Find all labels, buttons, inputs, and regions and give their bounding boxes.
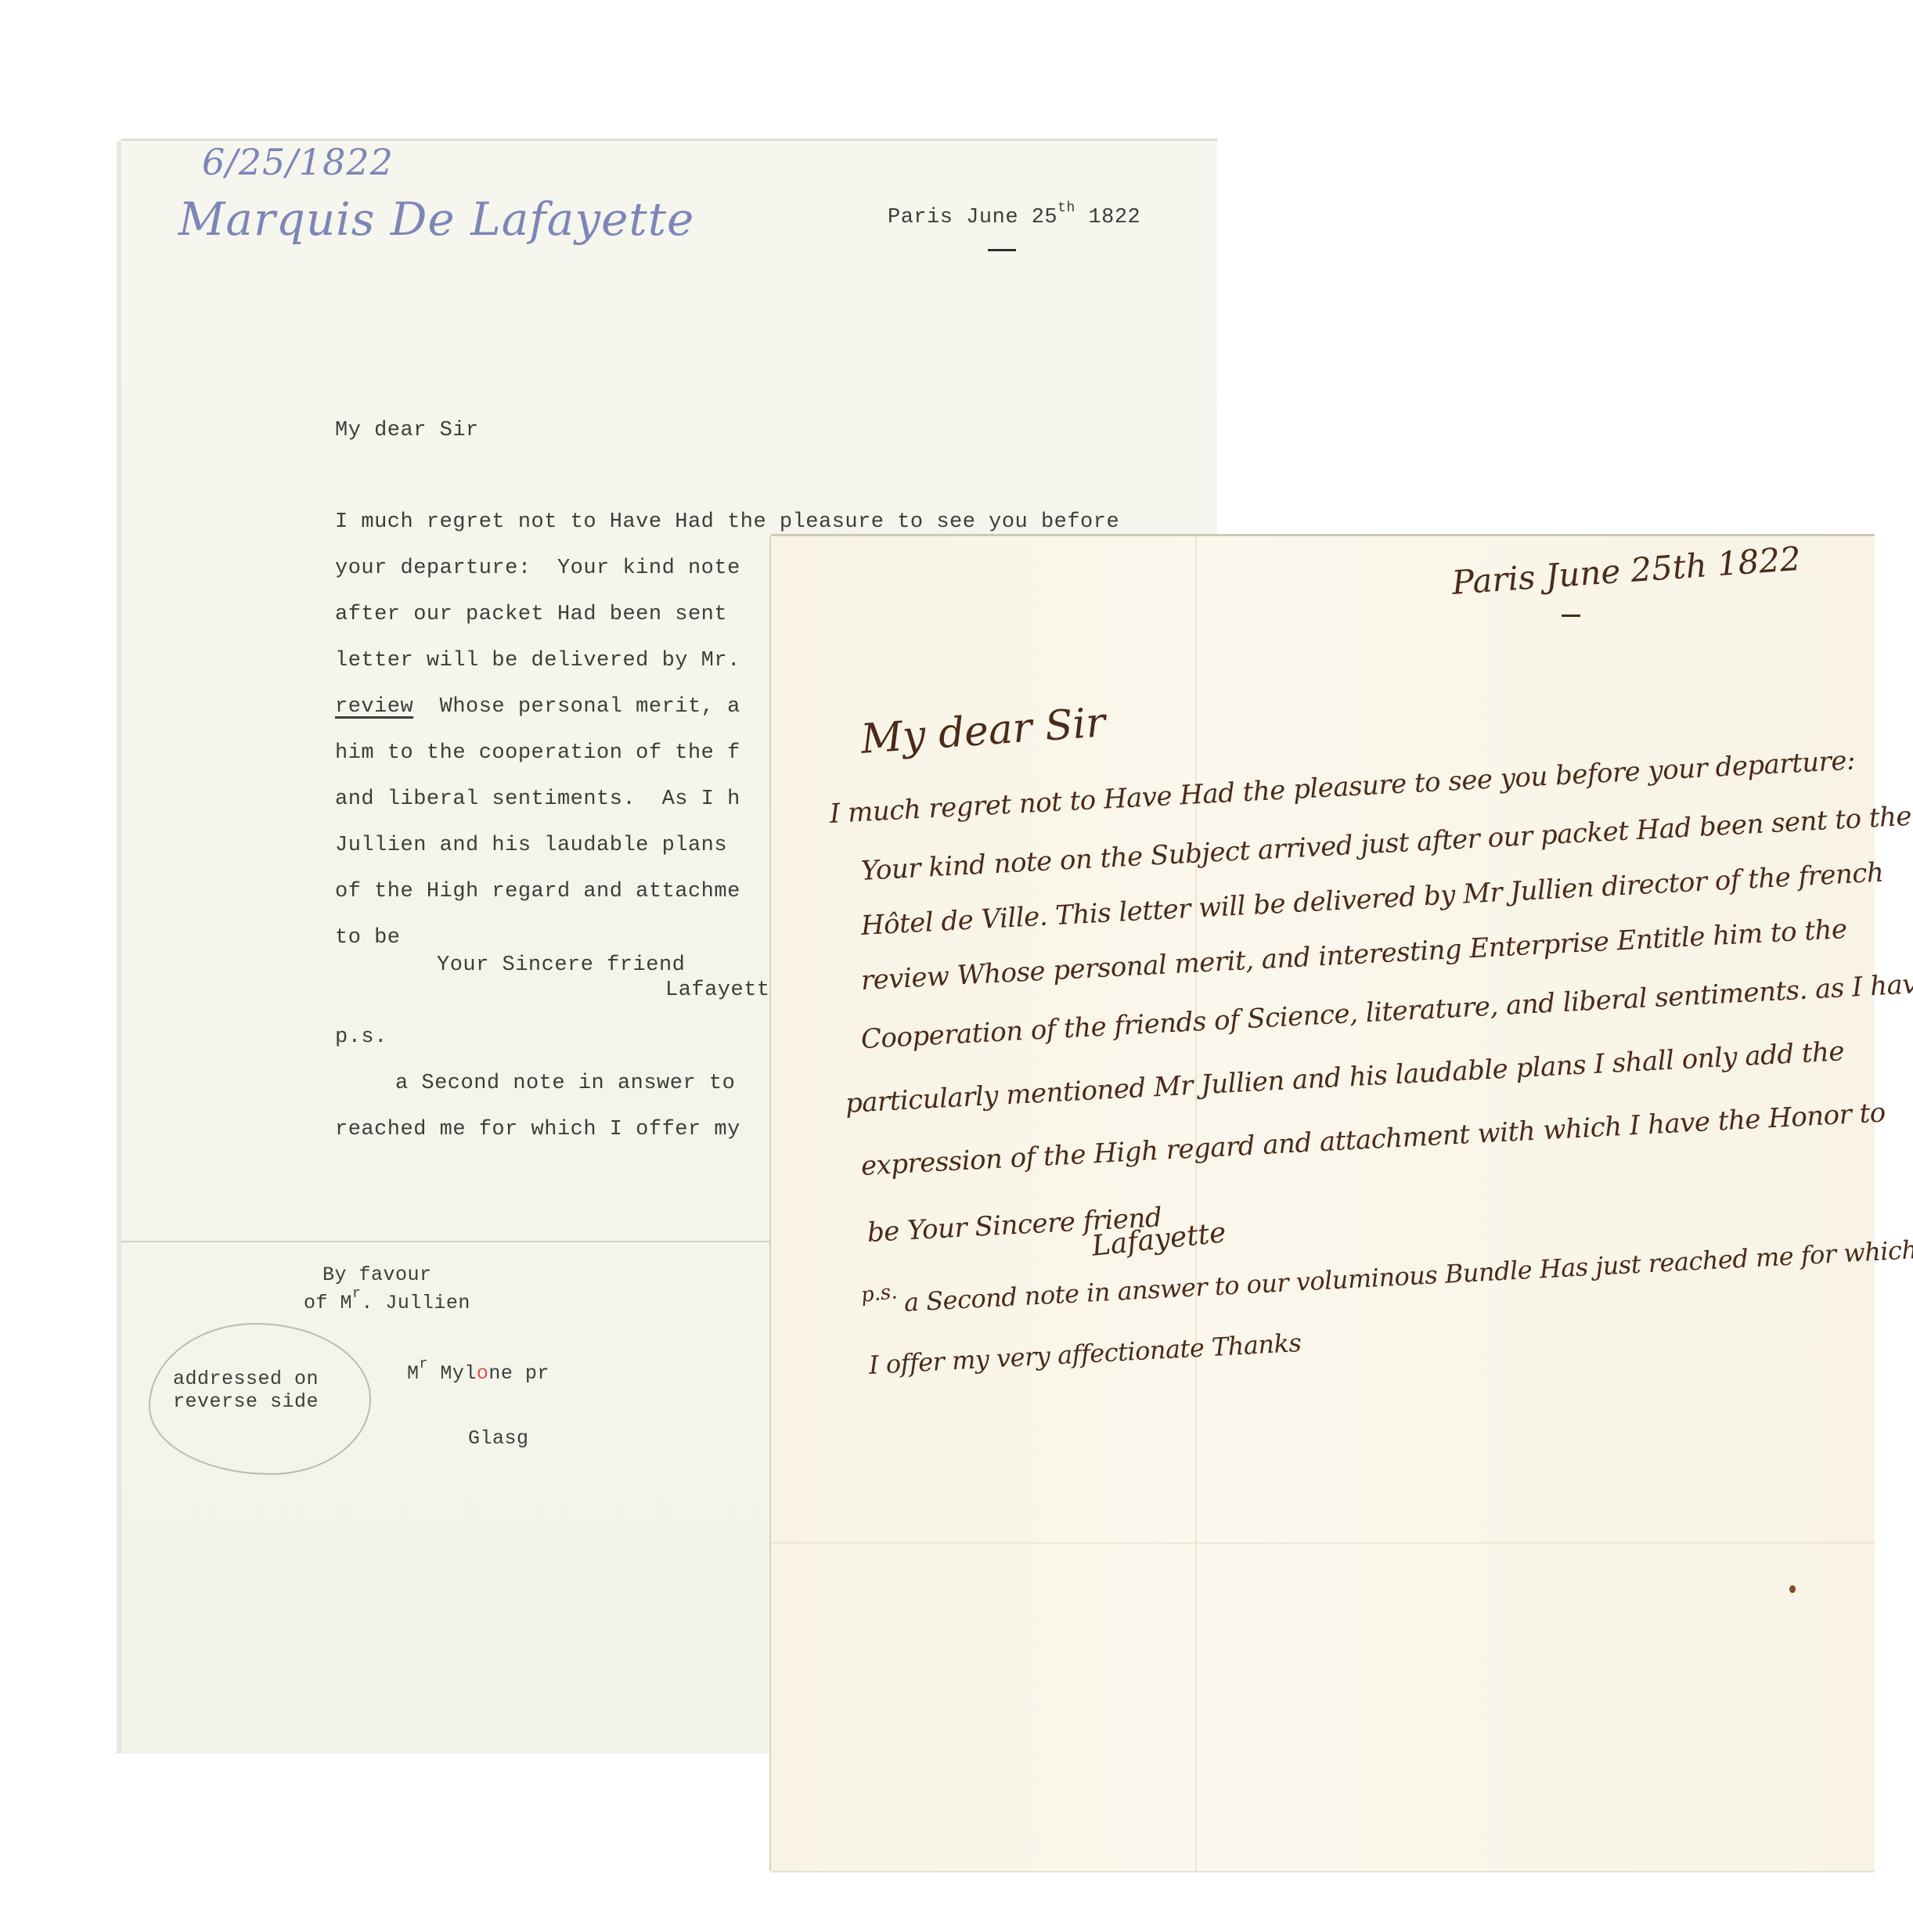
handwritten-postscript-label: p.s. bbox=[859, 1280, 898, 1307]
typed-signature: Lafayett bbox=[665, 979, 770, 1002]
typed-body-line: review Whose personal merit, a bbox=[335, 695, 740, 719]
typed-closing: Your Sincere friend bbox=[437, 953, 685, 977]
reverse-note-line: reverse side bbox=[173, 1390, 319, 1413]
typed-postscript-line: a Second note in answer to bbox=[395, 1072, 735, 1095]
typed-dateline: Paris June 25th 1822 bbox=[888, 200, 1140, 229]
of-jullien-line: of Mr. Jullien bbox=[304, 1286, 470, 1314]
recipient-line: Mr Mylone pr bbox=[407, 1357, 549, 1385]
reverse-note-line: addressed on bbox=[173, 1368, 319, 1390]
typed-postscript-line: reached me for which I offer my bbox=[335, 1118, 740, 1141]
typed-body-line: letter will be delivered by Mr. bbox=[335, 649, 740, 672]
typed-body-line: I much regret not to Have Had the pleasu… bbox=[335, 510, 1119, 534]
city-line: Glasg bbox=[468, 1427, 529, 1450]
horizontal-fold-line bbox=[771, 1542, 1875, 1544]
ink-spot bbox=[1789, 1585, 1796, 1593]
dateline-rule bbox=[988, 249, 1016, 251]
by-favour-line: By favour bbox=[322, 1263, 432, 1286]
typed-body-line: Jullien and his laudable plans bbox=[335, 834, 727, 857]
pencil-date-annotation: 6/25/1822 bbox=[202, 141, 394, 183]
pencil-name-annotation: Marquis De Lafayette bbox=[178, 193, 694, 246]
underlined-review: review bbox=[335, 695, 413, 719]
typed-body-line: of the High regard and attachme bbox=[335, 880, 740, 903]
typed-body-line: after our packet Had been sent bbox=[335, 603, 727, 626]
handwritten-date-rule bbox=[1562, 615, 1580, 617]
typed-salutation: My dear Sir bbox=[335, 419, 479, 442]
typed-body-line: to be bbox=[335, 926, 401, 950]
typed-body-line: him to the cooperation of the f bbox=[335, 741, 740, 765]
typed-body-line: and liberal sentiments. As I h bbox=[335, 788, 740, 811]
typed-body-line: your departure: Your kind note bbox=[335, 557, 740, 580]
typed-postscript-label: p.s. bbox=[335, 1025, 387, 1049]
red-correction-mark: o bbox=[477, 1362, 489, 1385]
vertical-fold-line bbox=[1195, 536, 1197, 1871]
